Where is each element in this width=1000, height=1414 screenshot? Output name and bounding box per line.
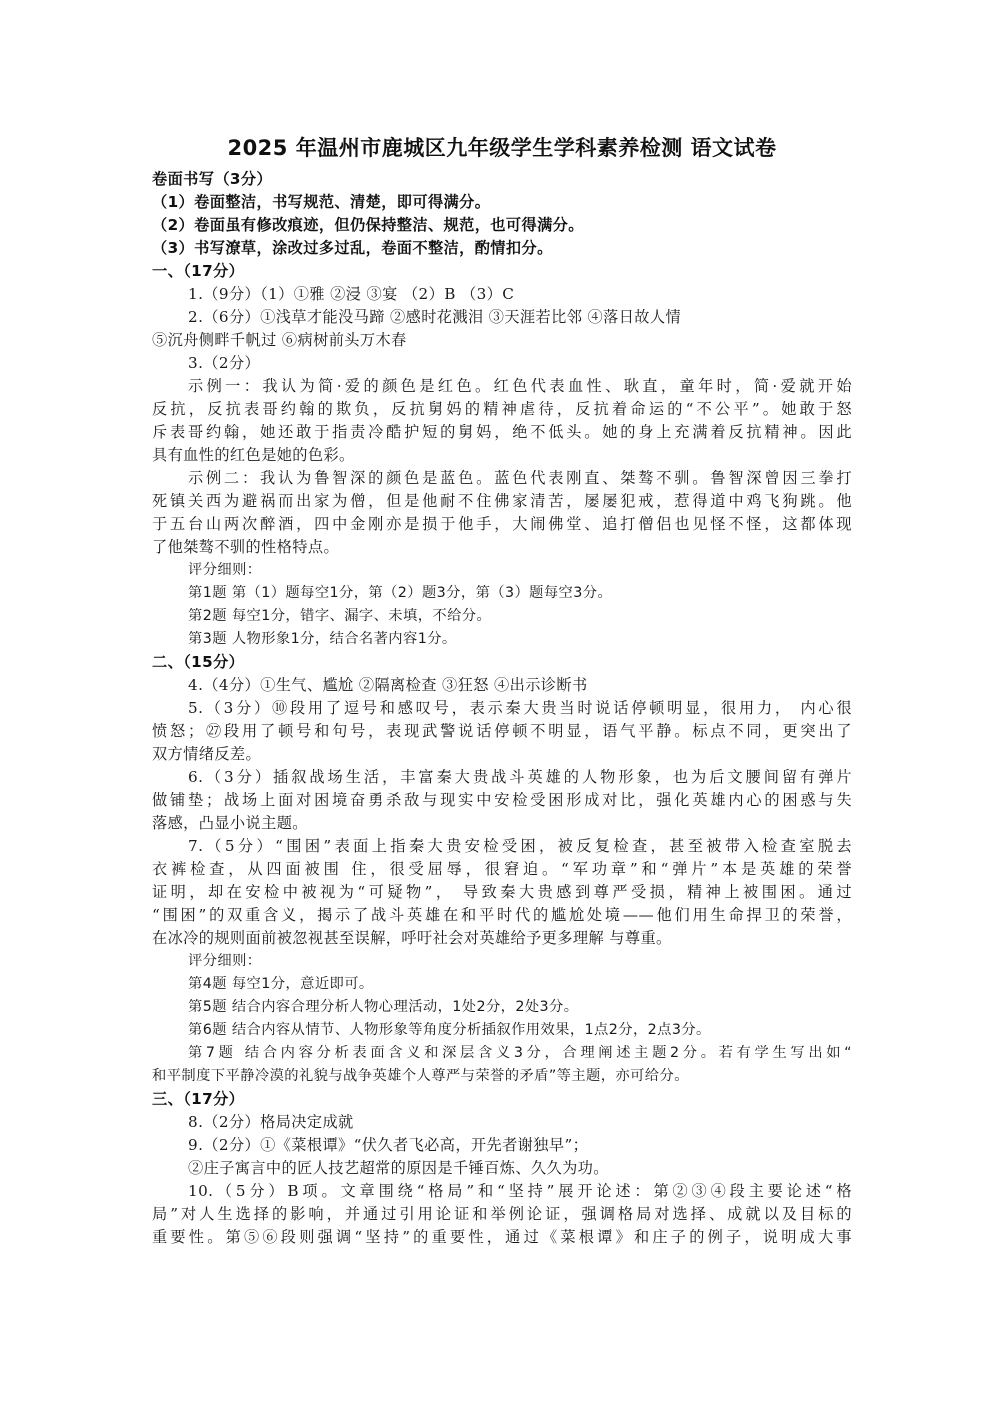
rubric-item: 第3题 人物形象1分，结合名著内容1分。 <box>152 628 852 651</box>
example-1-line: 斥表哥约翰，她还敢于指责冷酷护短的舅妈，绝不低头。她的身上充满着反抗精神。因此 <box>152 421 852 444</box>
question-9-line-1: 9.（2分）①《菜根谭》“伏久者飞必高，开先者谢独早”； <box>152 1134 852 1157</box>
question-3: 3.（2分） <box>152 352 852 375</box>
question-6-line: 做铺垫；战场上面对困境奋勇杀敌与现实中安检受困形成对比，强化英雄内心的困惑与失 <box>152 789 852 812</box>
question-7-line: 在冰冷的规则面前被忽视甚至误解，呼吁社会对英雄给予更多理解 与尊重。 <box>152 927 852 950</box>
rubric-heading: 评分细则： <box>152 950 852 973</box>
question-5-line: 愤怒；㉗段用了顿号和句号，表现武警说话停顿不明显，语气平静。标点不同，更突出了 <box>152 720 852 743</box>
question-1: 1.（9分）（1）①雅 ②浸 ③宴 （2）B （3）C <box>152 283 852 306</box>
example-1-line: 反抗，反抗表哥约翰的欺负，反抗舅妈的精神虐待，反抗着命运的“不公平”。她敢于怒 <box>152 398 852 421</box>
question-10-line: 重要性。第⑤⑥段则强调“坚持”的重要性，通过《菜根谭》和庄子的例子，说明成大事 <box>152 1226 852 1249</box>
rubric-item: 第7题 结合内容分析表面含义和深层含义3分，合理阐述主题2分。若有学生写出如“ <box>152 1042 852 1065</box>
rubric-item: 第1题 第（1）题每空1分，第（2）题3分，第（3）题每空3分。 <box>152 582 852 605</box>
section-1-heading: 一、（17分） <box>152 260 852 283</box>
rubric-item: 和平制度下平静冷漠的礼貌与战争英雄个人尊严与荣誉的矛盾”等主题，亦可给分。 <box>152 1065 852 1088</box>
question-2-line-2: ⑤沉舟侧畔千帆过 ⑥病树前头万木春 <box>152 329 852 352</box>
handwriting-item-3: （3）书写潦草，涂改过多过乱，卷面不整洁，酌情扣分。 <box>152 237 852 260</box>
question-7-line: 衣裤检查，从四面被围 住，很受屈辱，很窘迫。“军功章”和“弹片”本是英雄的荣誉 <box>152 858 852 881</box>
question-6-line: 落感，凸显小说主题。 <box>152 812 852 835</box>
handwriting-item-1: （1）卷面整洁，书写规范、清楚，即可得满分。 <box>152 191 852 214</box>
example-1-line: 具有血性的红色是她的色彩。 <box>152 444 852 467</box>
question-9-line-2: ②庄子寓言中的匠人技艺超常的原因是千锤百炼、久久为功。 <box>152 1157 852 1180</box>
question-4: 4.（4分）①生气、尴尬 ②隔离检查 ③狂怒 ④出示诊断书 <box>152 674 852 697</box>
example-2-line: 示例二：我认为鲁智深的颜色是蓝色。蓝色代表刚直、桀骜不驯。鲁智深曾因三拳打 <box>152 467 852 490</box>
question-5-line: 5.（3分）⑩段用了逗号和感叹号，表示秦大贵当时说话停顿明显，很用力， 内心很 <box>152 697 852 720</box>
section-3: 三、（17分） 8.（2分）格局决定成就 9.（2分）①《菜根谭》“伏久者飞必高… <box>152 1088 852 1249</box>
rubric-item: 第6题 结合内容从情节、人物形象等角度分析插叙作用效果，1点2分，2点3分。 <box>152 1019 852 1042</box>
rubric-heading: 评分细则： <box>152 559 852 582</box>
handwriting-item-2: （2）卷面虽有修改痕迹，但仍保持整洁、规范，也可得满分。 <box>152 214 852 237</box>
question-7-line: “围困”的双重含义，揭示了战斗英雄在和平时代的尴尬处境——他们用生命捍卫的荣誉， <box>152 904 852 927</box>
example-2-line: 了他桀骜不驯的性格特点。 <box>152 536 852 559</box>
document-title: 2025 年温州市鹿城区九年级学生学科素养检测 语文试卷 <box>132 128 872 168</box>
section-2: 二、（15分） 4.（4分）①生气、尴尬 ②隔离检查 ③狂怒 ④出示诊断书 5.… <box>152 651 852 1088</box>
rubric-item: 第2题 每空1分，错字、漏字、未填，不给分。 <box>152 605 852 628</box>
handwriting-heading: 卷面书写（3分） <box>152 168 852 191</box>
rubric-item: 第4题 每空1分，意近即可。 <box>152 973 852 996</box>
question-10-line: 局”对人生选择的影响，并通过引用论证和举例论证，强调格局对选择、成就以及目标的 <box>152 1203 852 1226</box>
question-7-line: 7.（5分）“围困”表面上指秦大贵安检受困，被反复检查，甚至被带入检查室脱去 <box>152 835 852 858</box>
answer-key-page: 2025 年温州市鹿城区九年级学生学科素养检测 语文试卷 卷面书写（3分） （1… <box>152 128 852 1249</box>
question-10-line: 10.（5分）B项。文章围绕“格局”和“坚持”展开论述：第②③④段主要论述“格 <box>152 1180 852 1203</box>
example-1-line: 示例一：我认为简·爱的颜色是红色。红色代表血性、耿直，童年时，简·爱就开始 <box>152 375 852 398</box>
question-6-line: 6.（3分）插叙战场生活，丰富秦大贵战斗英雄的人物形象，也为后文腰间留有弹片 <box>152 766 852 789</box>
section-3-heading: 三、（17分） <box>152 1088 852 1111</box>
question-8: 8.（2分）格局决定成就 <box>152 1111 852 1134</box>
question-5-line: 双方情绪反差。 <box>152 743 852 766</box>
rubric-item: 第5题 结合内容合理分析人物心理活动，1处2分，2处3分。 <box>152 996 852 1019</box>
section-1: 一、（17分） 1.（9分）（1）①雅 ②浸 ③宴 （2）B （3）C 2.（6… <box>152 260 852 651</box>
section-2-heading: 二、（15分） <box>152 651 852 674</box>
example-2-line: 死镇关西为避祸而出家为僧，但是他耐不住佛家清苦，屡屡犯戒，惹得道中鸡飞狗跳。他 <box>152 490 852 513</box>
example-2-line: 于五台山两次醉酒，四中金刚亦是损于他手，大闹佛堂、追打僧侣也见怪不怪，这都体现 <box>152 513 852 536</box>
question-7-line: 证明，却在安检中被视为“可疑物”， 导致秦大贵感到尊严受损，精神上被围困。通过 <box>152 881 852 904</box>
section-handwriting: 卷面书写（3分） （1）卷面整洁，书写规范、清楚，即可得满分。 （2）卷面虽有修… <box>152 168 852 260</box>
question-2-line-1: 2.（6分）①浅草才能没马蹄 ②感时花溅泪 ③天涯若比邻 ④落日故人情 <box>152 306 852 329</box>
